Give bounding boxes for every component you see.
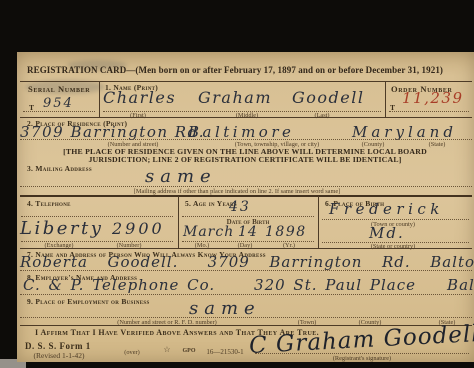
print-code: 16—21530-1 bbox=[206, 348, 243, 356]
contact-value: Roberta Goodell. 3709 Barrington Rd. Bal… bbox=[20, 255, 474, 270]
employer-value: C. & P. Telephone Co. 320 St. Paul Place… bbox=[23, 278, 474, 293]
rule bbox=[20, 117, 472, 118]
dotted-line bbox=[255, 353, 469, 354]
age-value: 43 bbox=[229, 200, 251, 214]
order-number-value: 11,239 bbox=[402, 91, 464, 106]
signature-caption: (Registrant's signature) bbox=[333, 355, 391, 362]
dotted-line bbox=[389, 111, 469, 112]
divider bbox=[385, 81, 386, 117]
name-first: Charles bbox=[103, 90, 176, 106]
residence-caption-state: (State) bbox=[429, 141, 446, 148]
birth-town: Frederick bbox=[329, 202, 444, 217]
telephone-label: 4. Telephone bbox=[27, 199, 71, 208]
dotted-line bbox=[23, 111, 95, 112]
card-title: REGISTRATION CARD—(Men born on or after … bbox=[27, 65, 443, 75]
dotted-line bbox=[20, 270, 472, 271]
dotted-line bbox=[20, 139, 472, 140]
dotted-line bbox=[20, 294, 472, 295]
star-icon: ☆ bbox=[163, 345, 170, 354]
registration-card: REGISTRATION CARD—(Men born on or after … bbox=[17, 52, 474, 362]
employment-label: 9. Place of Employment or Business bbox=[27, 297, 150, 306]
name-last: Goodell bbox=[292, 90, 365, 106]
form-revision: (Revised 1-1-42) bbox=[33, 351, 84, 360]
name-middle: Graham bbox=[198, 90, 272, 106]
telephone-exchange: Liberty bbox=[20, 220, 103, 238]
residence-street: 3709 Barrington Rd. bbox=[20, 125, 205, 140]
dotted-line bbox=[20, 317, 472, 318]
mailing-address-value: same bbox=[145, 168, 217, 186]
dob-month: March bbox=[183, 225, 234, 239]
dotted-line bbox=[20, 186, 472, 187]
mailing-address-label: 3. Mailing Address bbox=[27, 164, 92, 173]
dotted-line bbox=[21, 216, 173, 217]
over-note: (over) bbox=[124, 349, 139, 356]
mailing-caption: [Mailing address if other than place ind… bbox=[134, 188, 341, 195]
employment-value: same bbox=[189, 300, 261, 318]
dotted-line bbox=[322, 219, 469, 220]
divider bbox=[99, 81, 100, 117]
dotted-line bbox=[182, 216, 314, 217]
birth-state: Md. bbox=[369, 226, 405, 241]
divider bbox=[318, 196, 319, 248]
serial-number-label: Serial Number bbox=[28, 84, 90, 94]
dob-year: 1898 bbox=[265, 225, 307, 239]
residence-city: Baltimore bbox=[188, 125, 294, 140]
residence-note-line2: JURISDICTION; LINE 2 OF REGISTRATION CER… bbox=[88, 155, 401, 164]
telephone-number: 2900 bbox=[112, 221, 165, 237]
rule bbox=[20, 81, 472, 82]
rule bbox=[20, 248, 472, 249]
residence-state: Maryland bbox=[352, 125, 457, 140]
divider bbox=[178, 196, 179, 248]
dob-day: 14 bbox=[238, 225, 258, 239]
serial-number-value: 954 bbox=[43, 97, 74, 110]
rule bbox=[20, 195, 472, 197]
gpo-imprint: GPO bbox=[183, 348, 196, 354]
scanned-registration-card: { "colors": { "background": "#0d0c09", "… bbox=[0, 0, 474, 368]
form-number: D. S. S. Form 1 bbox=[25, 341, 91, 351]
